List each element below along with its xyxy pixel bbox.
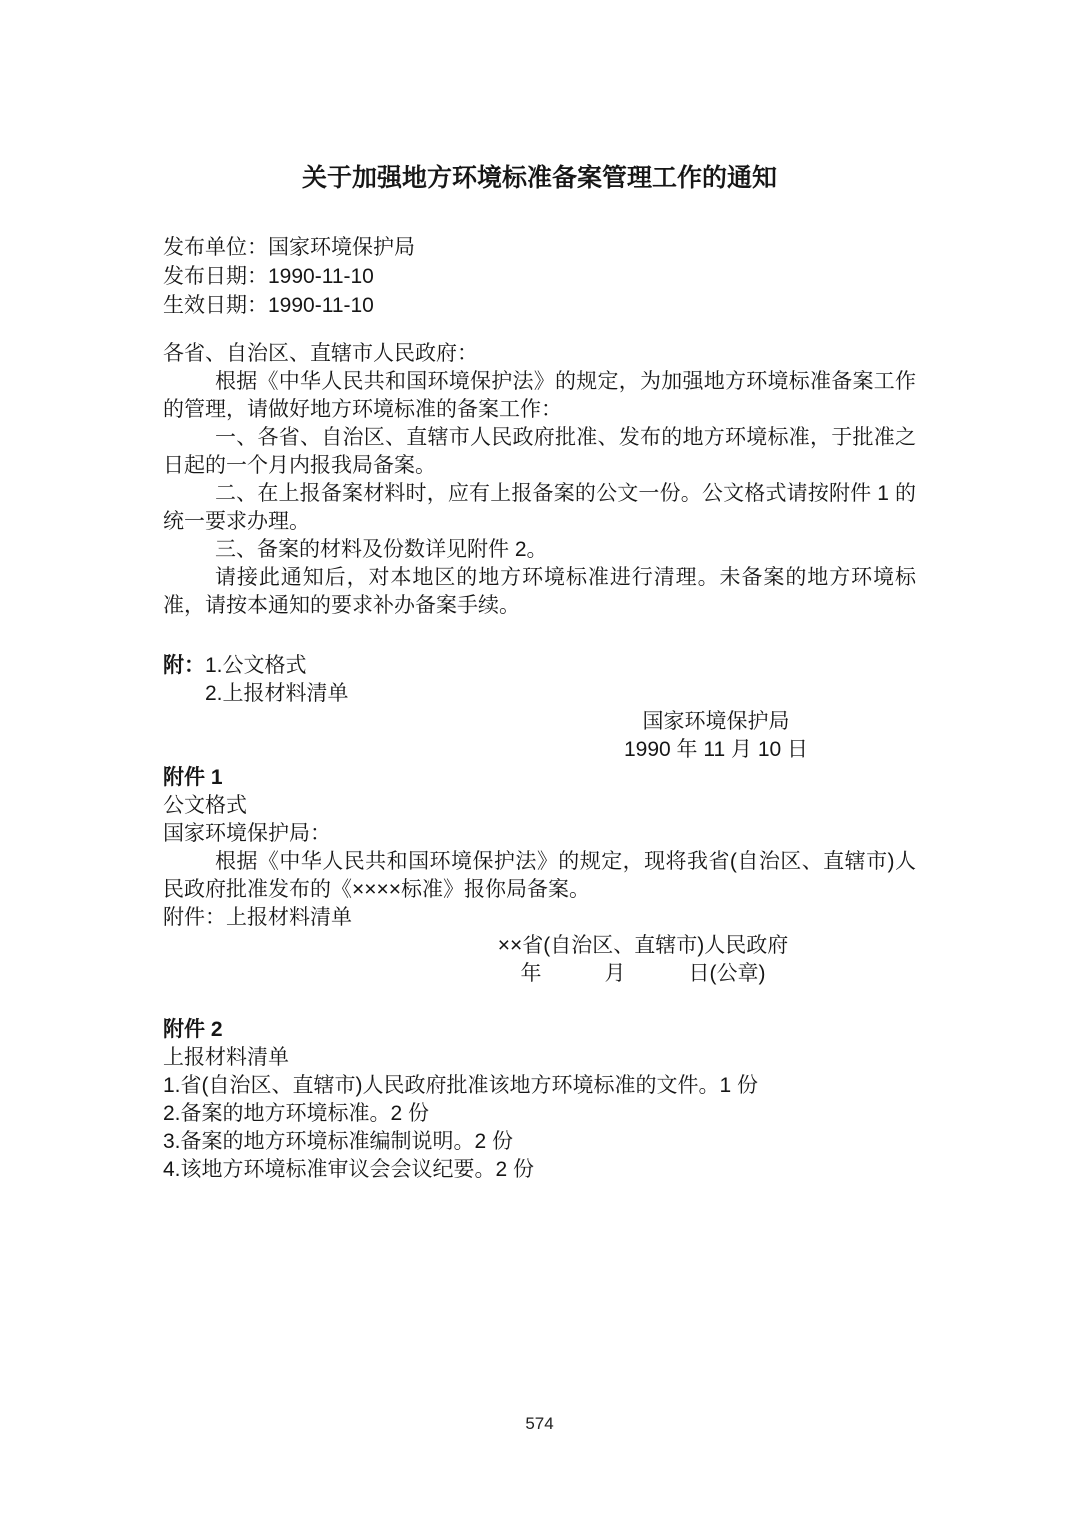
document-title: 关于加强地方环境标准备案管理工作的通知 xyxy=(163,0,916,195)
page-number: 574 xyxy=(163,1412,916,1436)
signature-block: 国家环境保护局 1990 年 11 月 10 日 xyxy=(516,708,916,764)
annex1-subtitle: 公文格式 xyxy=(163,792,916,820)
signature-org: 国家环境保护局 xyxy=(516,708,916,736)
document-page: 关于加强地方环境标准备案管理工作的通知 发布单位：国家环境保护局 发布日期：19… xyxy=(0,0,1074,1520)
annex1-signature-date: 年 月 日(公章) xyxy=(443,960,843,988)
meta-line-effective-date: 生效日期：1990-11-10 xyxy=(163,291,916,320)
attachment-note: 附：1.公文格式 2.上报材料清单 xyxy=(163,652,916,708)
paragraph-item-1: 一、各省、自治区、直辖市人民政府批准、发布的地方环境标准，于批准之日起的一个月内… xyxy=(163,424,916,480)
meta-line-issuing-org: 发布单位：国家环境保护局 xyxy=(163,233,916,262)
meta-label: 生效日期： xyxy=(163,294,268,317)
annex1-attachment-line: 附件：上报材料清单 xyxy=(163,904,916,932)
meta-line-issue-date: 发布日期：1990-11-10 xyxy=(163,262,916,291)
annex1-signature-org: ××省(自治区、直辖市)人民政府 xyxy=(443,932,843,960)
meta-block: 发布单位：国家环境保护局 发布日期：1990-11-10 生效日期：1990-1… xyxy=(163,233,916,320)
annex1-signature-block: ××省(自治区、直辖市)人民政府 年 月 日(公章) xyxy=(443,932,843,988)
paragraph-item-2: 二、在上报备案材料时，应有上报备案的公文一份。公文格式请按附件 1 的统一要求办… xyxy=(163,480,916,536)
meta-value: 1990-11-10 xyxy=(268,265,374,288)
salutation: 各省、自治区、直辖市人民政府： xyxy=(163,340,916,368)
signature-date: 1990 年 11 月 10 日 xyxy=(516,736,916,764)
paragraph-item-3: 三、备案的材料及份数详见附件 2。 xyxy=(163,536,916,564)
attachment-note-line-2: 2.上报材料清单 xyxy=(163,680,916,708)
annex2-subtitle: 上报材料清单 xyxy=(163,1044,916,1072)
annex2-item: 3.备案的地方环境标准编制说明。2 份 xyxy=(163,1128,916,1156)
attachment-note-line-1: 附：1.公文格式 xyxy=(163,652,916,680)
meta-label: 发布单位： xyxy=(163,236,268,259)
attachment-note-item: 1.公文格式 xyxy=(205,654,307,677)
paragraph-intro: 根据《中华人民共和国环境保护法》的规定，为加强地方环境标准备案工作的管理，请做好… xyxy=(163,368,916,424)
annex1-paragraph: 根据《中华人民共和国环境保护法》的规定，现将我省(自治区、直辖市)人民政府批准发… xyxy=(163,848,916,904)
annex2-heading: 附件 2 xyxy=(163,1016,916,1044)
annex2-item: 1.省(自治区、直辖市)人民政府批准该地方环境标准的文件。1 份 xyxy=(163,1072,916,1100)
document-content: 关于加强地方环境标准备案管理工作的通知 发布单位：国家环境保护局 发布日期：19… xyxy=(163,0,916,1436)
paragraph-closing: 请接此通知后，对本地区的地方环境标准进行清理。未备案的地方环境标准，请按本通知的… xyxy=(163,564,916,620)
annex1-heading: 附件 1 xyxy=(163,764,916,792)
meta-value: 1990-11-10 xyxy=(268,294,374,317)
annex2-item: 4.该地方环境标准审议会会议纪要。2 份 xyxy=(163,1156,916,1184)
attachment-note-label: 附： xyxy=(163,654,205,677)
annex2-section: 附件 2 上报材料清单 1.省(自治区、直辖市)人民政府批准该地方环境标准的文件… xyxy=(163,1016,916,1184)
annex1-salutation: 国家环境保护局： xyxy=(163,820,916,848)
meta-label: 发布日期： xyxy=(163,265,268,288)
annex2-item: 2.备案的地方环境标准。2 份 xyxy=(163,1100,916,1128)
meta-value: 国家环境保护局 xyxy=(268,236,415,259)
